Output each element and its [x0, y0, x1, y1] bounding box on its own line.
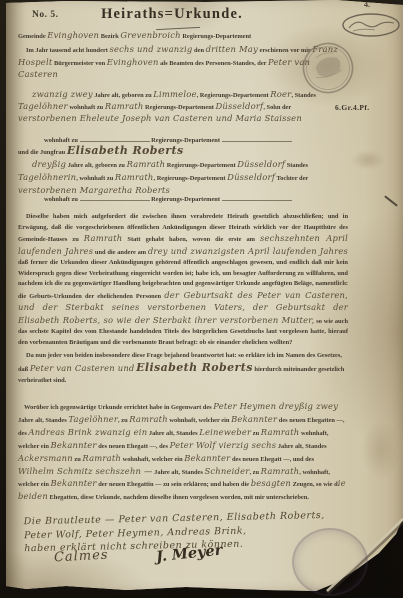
printed-text: wohnhaft zu	[44, 137, 80, 144]
printed-text: und die andere am	[93, 249, 148, 256]
stray-ink-mark	[384, 195, 398, 206]
seal-bleed-through-mark	[292, 528, 368, 596]
handwritten-text: sechszehn —	[93, 466, 153, 476]
printed-text: Jahre alt, geboren zu	[66, 162, 126, 169]
printed-text: Worüber ich gegenwärtige Urkunde erricht…	[24, 404, 213, 411]
printed-text: , zu	[249, 469, 260, 476]
handwritten-text: drey und zwanzigsten April laufenden Jah…	[148, 246, 348, 256]
handwritten-text: Elisabeth Roberts	[136, 361, 253, 374]
printed-text: des neuen Ehegatt —, des	[97, 443, 170, 450]
bride-intro-line: und die Jungfrau Elisabeth Roberts	[18, 145, 328, 159]
printed-text: Jahre alt, Standes	[276, 443, 326, 450]
handwritten-text: vierzig sechs	[216, 440, 277, 450]
paper-stain	[361, 420, 401, 480]
handwritten-text: zwanzig zwey	[32, 89, 93, 99]
handwritten-text: Ramrath	[105, 101, 144, 111]
handwritten-text: Evinghoven	[107, 57, 159, 67]
printed-text: Im Jahr tausend acht hundert	[26, 47, 110, 54]
handwritten-text: verstorbenen Eheleute	[18, 113, 119, 123]
marriage-declaration-paragraph: Da nun jeder von beiden insbesondere die…	[18, 350, 348, 387]
paper-stain	[351, 150, 385, 170]
official-signature-left: Calmes	[54, 548, 109, 566]
printed-text: , Standes	[291, 92, 316, 99]
printed-text: der neuen Ehegattin — zu sein erklären; …	[97, 481, 251, 488]
handwritten-text: dritten May	[206, 44, 258, 54]
handwritten-text: Leineweber	[199, 427, 251, 437]
printed-text: , Sohn der	[263, 104, 291, 111]
handwritten-text: Schneider	[204, 466, 249, 476]
printed-text: Tochter der	[275, 175, 308, 182]
handwritten-text: Ramrath	[261, 427, 300, 437]
handwritten-text: Bekannter	[231, 414, 277, 424]
handwritten-text: besagten	[251, 478, 291, 488]
printed-text: Bezirk	[99, 33, 120, 40]
printed-text: Regierungs-Departement	[150, 196, 222, 203]
handwritten-text: Ramrath	[129, 414, 168, 424]
printed-text: Regierungs-Departement	[150, 137, 222, 144]
printed-text: Jahre alt, Standes	[147, 430, 199, 437]
handwritten-text: Wilhelm Schmitz	[18, 466, 93, 476]
printed-text: als Beamten des Personen-Standes, der	[159, 60, 268, 67]
printed-text: Jahre alt, Standes	[18, 417, 68, 424]
scanned-document-page: { "header": { "number_label": "No. 5.", …	[0, 0, 403, 598]
handwritten-text: Andreas Brink	[28, 427, 92, 437]
bride-residence-blanks: wohnhaft zu Regierungs-Departement	[44, 194, 336, 205]
printed-text: wohnhaft, welcher ein	[168, 417, 231, 424]
witnesses-paragraph: Worüber ich gegenwärtige Urkunde erricht…	[18, 401, 348, 504]
printed-text: Ehegatten, diese Urkunde, nachdem diesel…	[48, 494, 309, 501]
handwritten-text: Evinghoven	[47, 30, 99, 40]
handwritten-text: Joseph van Casteren und Maria Staissen	[119, 113, 302, 123]
printed-text: , Regierungs-Departement	[154, 175, 228, 182]
handwritten-text: sechs und zwanzig	[110, 44, 193, 54]
printed-text: Jahre alt, geboren zu	[93, 92, 153, 99]
handwritten-text: Bekannter	[51, 478, 97, 488]
handwritten-text: Peter van Casteren und	[30, 363, 135, 373]
printed-text: Zeugen, so wie d	[291, 481, 338, 488]
certificate-number: No. 5.	[32, 10, 59, 20]
printed-text: zu	[251, 430, 261, 437]
document-paper: No. 5. Heiraths=Urkunde. 4. Gemeinde Evi…	[6, 0, 403, 598]
printed-text: wohnhaft zu	[44, 196, 80, 203]
announcement-paragraph: Dieselbe haben mich aufgefordert die zwi…	[18, 212, 348, 348]
printed-text: Standes	[285, 162, 308, 169]
printed-text: zu	[73, 456, 83, 463]
handwritten-text: Tagelöhner	[18, 101, 68, 111]
document-title: Heiraths=Urkunde.	[66, 6, 278, 23]
printed-text: , zu	[118, 417, 129, 424]
handwritten-text: Bekannter	[51, 440, 97, 450]
printed-text: , wohnhaft zu	[76, 175, 115, 182]
blank-rule	[80, 194, 150, 201]
handwritten-text: Düsseldorf	[227, 172, 275, 182]
handwritten-text: zwanzig ein	[92, 427, 147, 437]
bride-paragraph: dreyßig Jahre alt, geboren zu Ramrath Re…	[18, 159, 346, 197]
printed-text: wohnhaft zu	[68, 104, 105, 111]
printed-text: den	[192, 47, 205, 54]
handwritten-text: dreyßig zwey	[276, 401, 338, 411]
handwritten-text: Grevenbroich	[120, 30, 180, 40]
printed-text: Bürgermeister von	[52, 60, 106, 67]
oval-paraph-mark	[339, 8, 403, 40]
printed-text: Regierungs-Departement	[181, 33, 251, 40]
handwritten-text: Peter Heymen	[213, 401, 276, 411]
handwritten-text: Limmeloe	[153, 89, 196, 99]
handwritten-text: Ramrath	[115, 172, 154, 182]
handwritten-text: Bekannter	[184, 453, 230, 463]
printed-text: Gemeinde	[18, 33, 47, 40]
printed-text: Jahre alt, Standes	[153, 469, 205, 476]
handwritten-text: Ackersmann	[18, 453, 73, 463]
handwritten-text: Peter Wolf	[170, 440, 216, 450]
printed-text: Statt gehabt haben, wovon die erste am	[122, 236, 260, 243]
handwritten-text: Tagelöhner	[68, 414, 118, 424]
printed-text: und die Jungfrau	[18, 149, 67, 156]
groom-paragraph: zwanzig zwey Jahre alt, geboren zu Limme…	[18, 89, 346, 125]
handwritten-text: dreyßig	[32, 159, 66, 169]
blank-rule	[222, 194, 292, 201]
handwritten-text: Düsseldorf	[215, 101, 263, 111]
handwritten-text: Ramrath	[82, 453, 121, 463]
handwritten-text: Ramrath	[84, 233, 123, 243]
printed-text: des neuen Ehegatt —, und des	[230, 456, 314, 463]
handwritten-text: Tagelöhnerin	[18, 172, 76, 182]
printed-text: Regierungs-Departement	[165, 162, 237, 169]
handwritten-text: Roer	[270, 89, 291, 99]
printed-text: Regierungs-Departement	[143, 104, 215, 111]
blank-rule	[80, 135, 150, 142]
handwritten-text: Düsseldorf	[237, 159, 285, 169]
handwritten-text: Elisabeth Roberts	[67, 144, 184, 157]
handwritten-text: Ramrath	[261, 466, 300, 476]
printed-text: , Regierungs-Departement	[197, 92, 271, 99]
blank-rule	[222, 135, 292, 142]
printed-text: wohnhaft, welcher ein	[121, 456, 184, 463]
commune-line: Gemeinde Evinghoven Bezirk Grevenbroich …	[18, 30, 334, 42]
handwritten-text: Ramrath	[127, 159, 166, 169]
